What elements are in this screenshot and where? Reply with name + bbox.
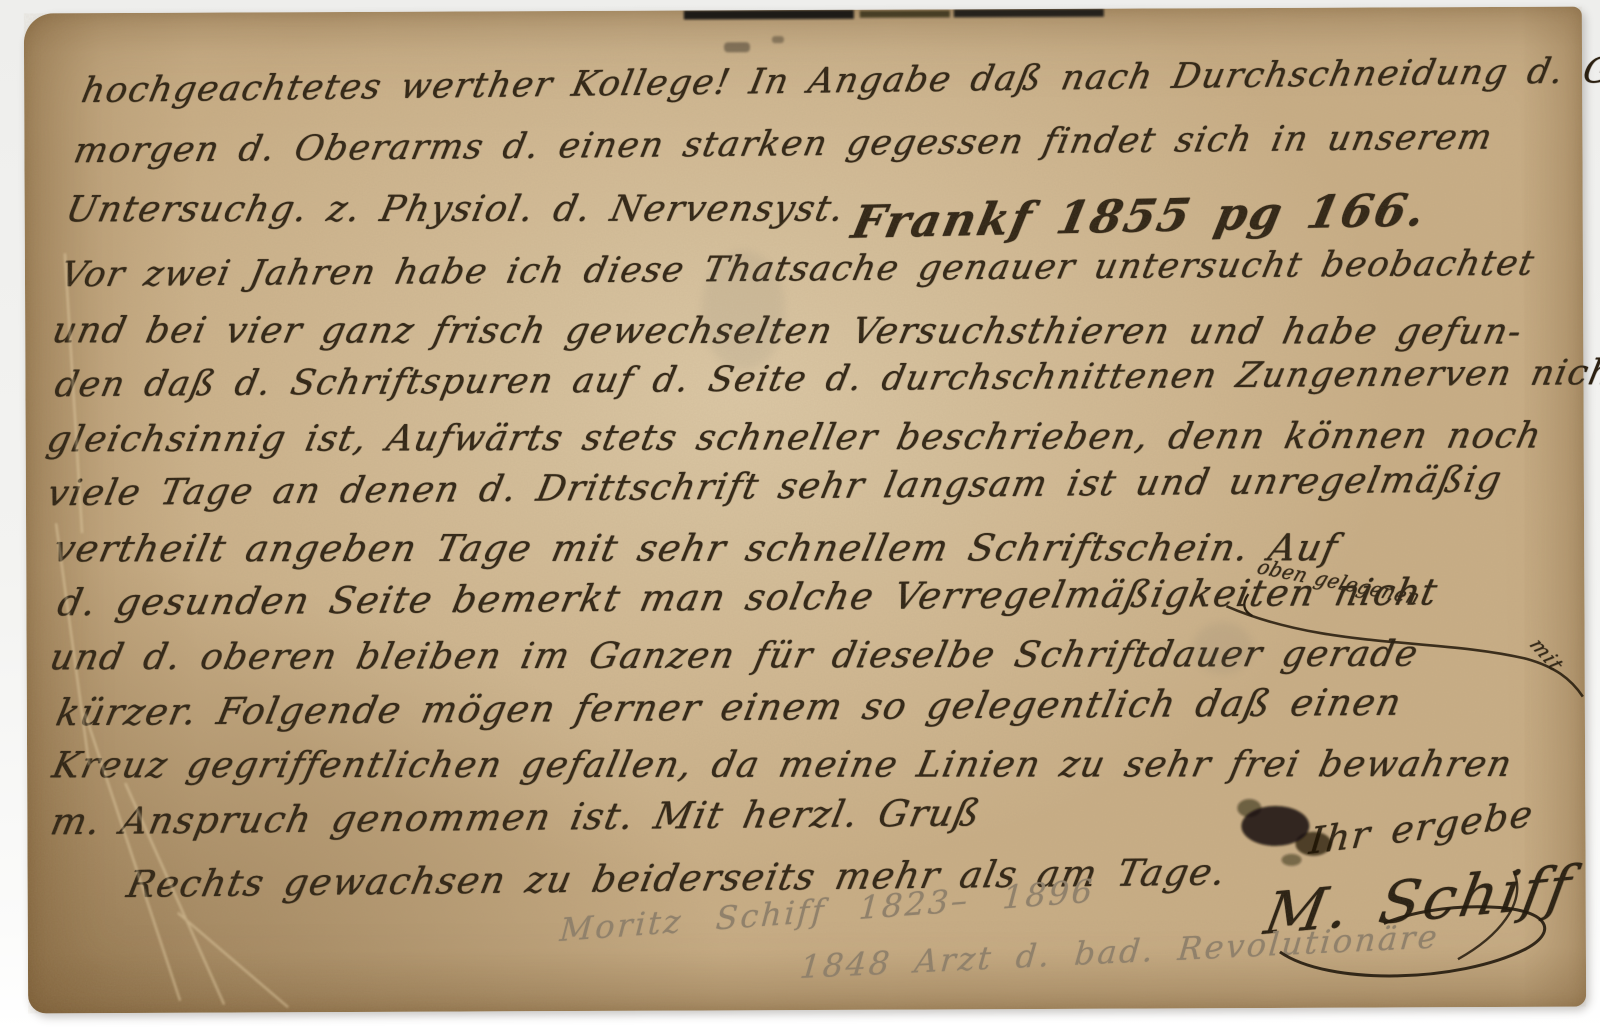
insertion-tail: mit [1524, 634, 1570, 675]
handwriting-line: m. Anspruch genommen ist. Mit herzl. Gru… [47, 791, 985, 843]
handwriting-line: kürzer. Folgende mögen ferner einem so g… [52, 681, 1406, 735]
handwriting-line: und d. oberen bleiben im Ganzen für dies… [46, 634, 1422, 679]
handwriting-line: hochgeachtetes werther Kollege! In Angab… [78, 50, 1600, 112]
handwriting-line: vertheilt angeben Tage mit sehr schnelle… [50, 526, 1343, 570]
handwriting-line: Untersuchg. z. Physiol. d. Nervensyst. [62, 189, 848, 231]
pencil-annotation-line2: 1848 Arzt d. bad. Revolutionäre [798, 917, 1441, 986]
handwriting-line: den daß d. Schriftspuren auf d. Seite d.… [51, 353, 1600, 405]
top-ink-smudge [684, 9, 1104, 53]
handwriting-line: gleichsinnig ist, Aufwärts stets schnell… [43, 415, 1545, 460]
handwriting-line: und bei vier ganz frisch gewechselten Ve… [49, 310, 1526, 352]
handwriting-line: viele Tage an denen d. Drittschrift sehr… [44, 459, 1506, 514]
citation-text: Frankf 1855 pg 166. [847, 183, 1431, 249]
photo-backdrop: hochgeachtetes werther Kollege! In Angab… [0, 0, 1600, 1030]
handwriting-line: d. gesunden Seite bemerkt man solche Ver… [54, 570, 1442, 624]
handwriting-line: Kreuz gegriffentlichen gefallen, da mein… [49, 744, 1517, 786]
postcard: hochgeachtetes werther Kollege! In Angab… [24, 7, 1586, 1014]
handwriting-line: Vor zwei Jahren habe ich diese Thatsache… [57, 244, 1539, 296]
closing-line: Ihr ergebe [1307, 792, 1535, 862]
handwriting-line: morgen d. Oberarms d. einen starken gege… [70, 118, 1496, 172]
